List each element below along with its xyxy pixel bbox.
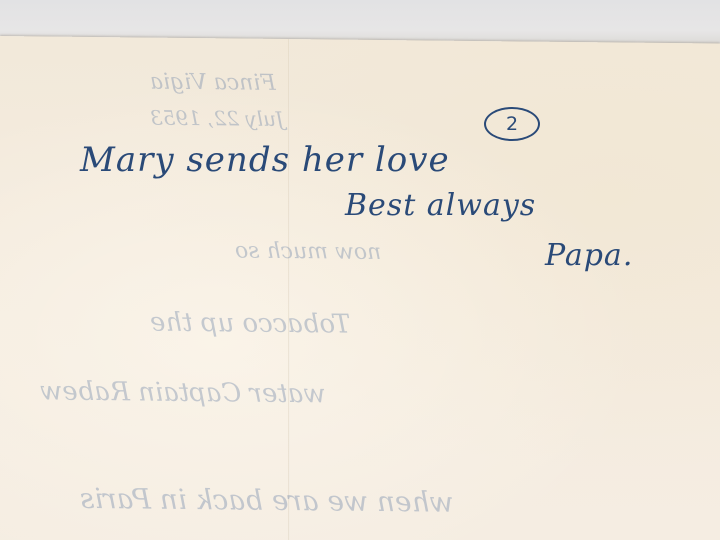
paper-fold-crease: [288, 39, 290, 540]
bleed-through-line: now much so: [235, 238, 381, 265]
page-number-circled: 2: [484, 107, 540, 141]
letter-signature: Papa.: [545, 238, 633, 273]
bleed-through-line: water Captain Rabew: [40, 376, 326, 409]
bleed-through-line: July 22, 1953: [150, 106, 284, 131]
page-number-text: 2: [506, 113, 518, 135]
bleed-through-line: Tobacco up the: [150, 308, 350, 340]
bleed-through-line: when we are back in Paris: [80, 482, 454, 519]
letter-page: Finca Vigia July 22, 1953 now much so To…: [0, 36, 720, 540]
letter-line-closing: Best always: [345, 188, 536, 223]
bleed-through-line: Finca Vigia: [150, 70, 276, 96]
letter-line-mary: Mary sends her love: [80, 140, 450, 180]
